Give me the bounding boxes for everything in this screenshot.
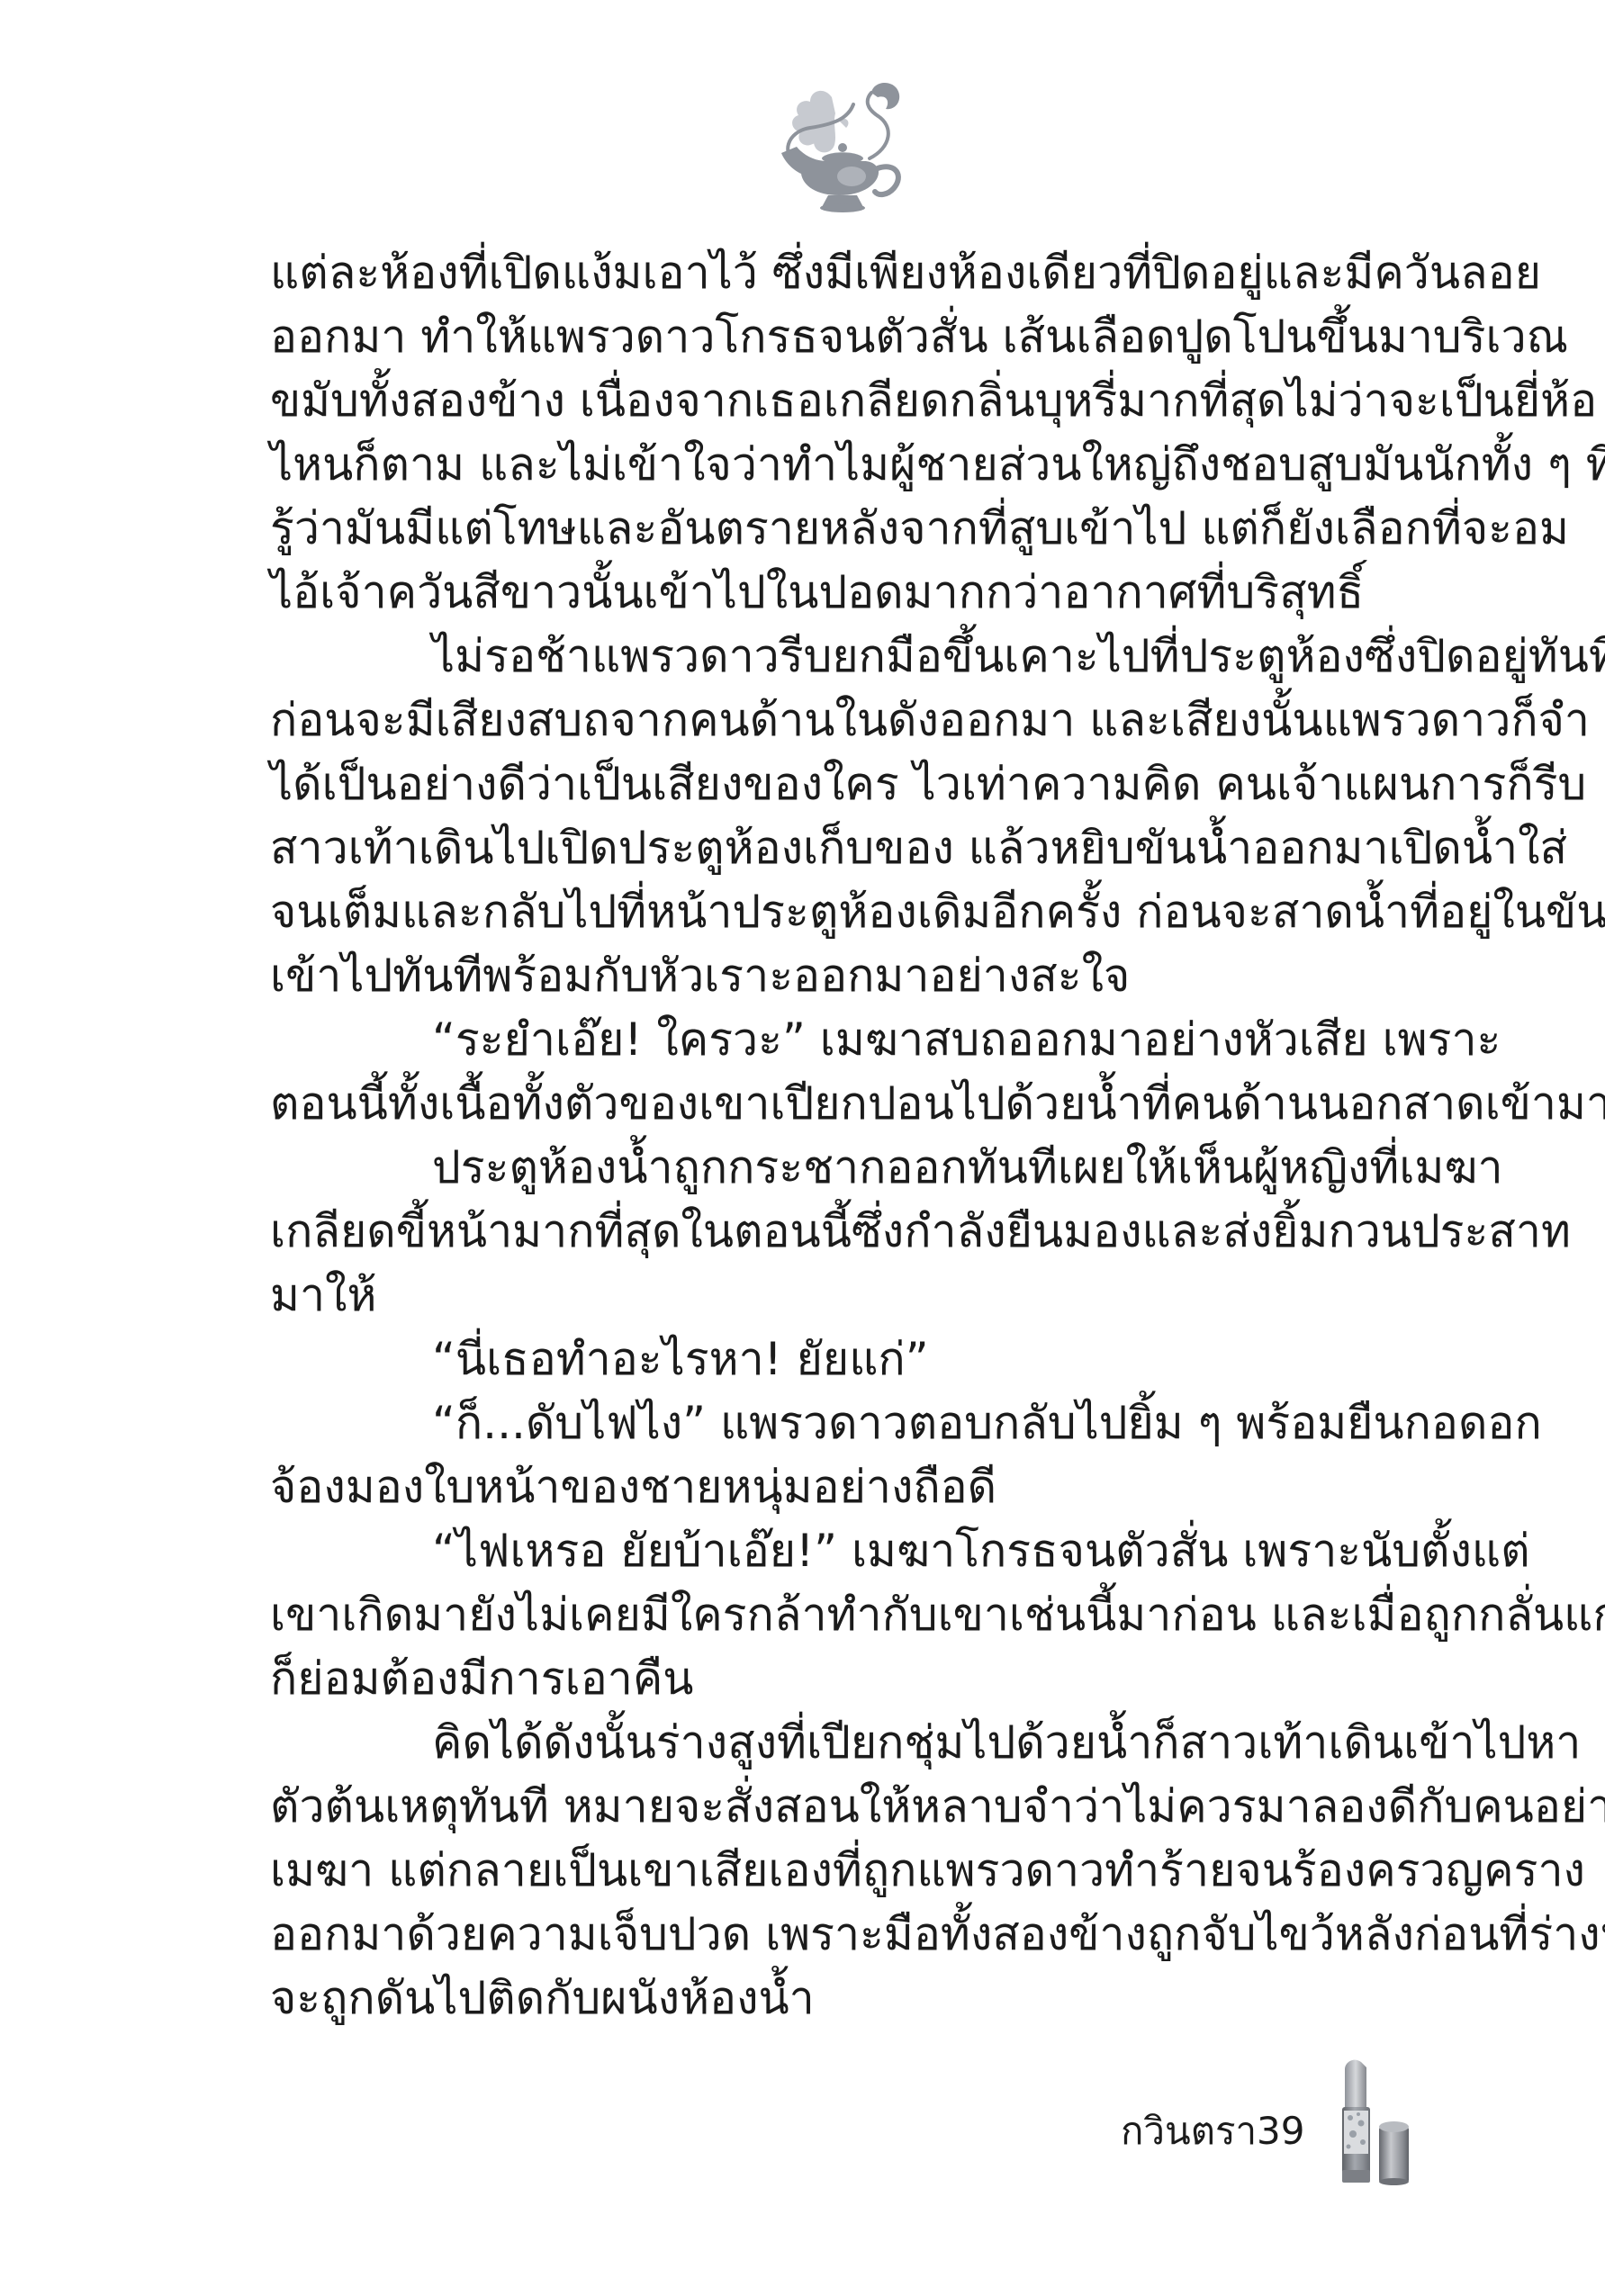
book-page: { "page": { "colors": { "background": "#… [0, 0, 1605, 2296]
text-line: ไม่รอช้าแพรวดาวรีบยกมือขึ้นเคาะไปที่ประต… [270, 625, 1386, 689]
smoke-curl [871, 83, 899, 109]
text-line: เขาเกิดมายังไม่เคยมีใครกล้าทำกับเขาเช่นน… [270, 1583, 1386, 1647]
text-line: “นี่เธอทำอะไรหา! ยัยแก่” [270, 1328, 1386, 1391]
text-line: ออกมาด้วยความเจ็บปวด เพราะมือทั้งสองข้าง… [270, 1903, 1386, 1967]
text-line: ตัวต้นเหตุทันที หมายจะสั่งสอนให้หลาบจำว่… [270, 1775, 1386, 1839]
lamp-knob [838, 143, 847, 152]
lamp-lid-rim [822, 153, 863, 164]
text-line: ออกมา ทำให้แพรวดาวโกรธจนตัวสั่น เส้นเลือ… [270, 305, 1386, 369]
text-line: ก่อนจะมีเสียงสบถจากคนด้านในดังออกมา และเ… [270, 689, 1386, 752]
text-line: จ้องมองใบหน้าของชายหนุ่มอย่างถือดี [270, 1455, 1386, 1519]
text-line: สาวเท้าเดินไปเปิดประตูห้องเก็บของ แล้วหย… [270, 816, 1386, 880]
lipstick-icon [1320, 2055, 1419, 2192]
footer-author-name: กวินตรา [1121, 2106, 1257, 2156]
text-line: รู้ว่ามันมีแต่โทษและอันตรายหลังจากที่สูบ… [270, 497, 1386, 561]
text-line: เกลียดขี้หน้ามากที่สุดในตอนนี้ซึ่งกำลังย… [270, 1200, 1386, 1264]
text-line: ก็ย่อมต้องมีการเอาคืน [270, 1647, 1386, 1711]
text-line: “ระยำเอ๊ย! ใครวะ” เมฆาสบถออกมาอย่างหัวเส… [270, 1008, 1386, 1072]
lamp-base-foot [820, 203, 865, 212]
lamp-highlight [837, 167, 866, 186]
smoke-puff [792, 91, 848, 153]
lipstick-tube-ring [1342, 2170, 1370, 2183]
text-line: แต่ละห้องที่เปิดแง้มเอาไว้ ซึ่งมีเพียงห้… [270, 241, 1386, 305]
text-line: มาให้ [270, 1264, 1386, 1328]
body-text: แต่ละห้องที่เปิดแง้มเอาไว้ ซึ่งมีเพียงห้… [270, 241, 1386, 2030]
text-line: “ก็...ดับไฟไง” แพรวดาวตอบกลับไปยิ้ม ๆ พร… [270, 1391, 1386, 1455]
text-line: ไหนก็ตาม และไม่เข้าใจว่าทำไมผู้ชายส่วนให… [270, 433, 1386, 497]
text-line: จะถูกดันไปติดกับผนังห้องน้ำ [270, 1967, 1386, 2030]
text-line: เข้าไปทันทีพร้อมกับหัวเราะออกมาอย่างสะใจ [270, 944, 1386, 1008]
lipstick-cap-top [1379, 2121, 1409, 2132]
text-line: ตอนนี้ทั้งเนื้อทั้งตัวของเขาเปียกปอนไปด้… [270, 1072, 1386, 1136]
text-line: เมฆา แต่กลายเป็นเขาเสียเองที่ถูกแพรวดาวท… [270, 1839, 1386, 1903]
text-line: “ไฟเหรอ ยัยบ้าเอ๊ย!” เมฆาโกรธจนตัวสั่น เ… [270, 1519, 1386, 1583]
genie-lamp-smoke-icon [763, 79, 918, 225]
text-line: ประตูห้องน้ำถูกกระชากออกทันทีเผยให้เห็นผ… [270, 1136, 1386, 1200]
footer-page-number: 39 [1257, 2106, 1304, 2156]
text-line: ไอ้เจ้าควันสีขาวนั้นเข้าไปในปอดมากกว่าอา… [270, 561, 1386, 625]
lipstick-bullet [1345, 2060, 1366, 2111]
text-line: จนเต็มและกลับไปที่หน้าประตูห้องเดิมอีกคร… [270, 880, 1386, 944]
text-line: ได้เป็นอย่างดีว่าเป็นเสียงของใคร ไวเท่าค… [270, 752, 1386, 816]
lipstick-cap-bottom [1379, 2178, 1409, 2185]
lipstick-cap [1379, 2127, 1409, 2183]
text-line: คิดได้ดังนั้นร่างสูงที่เปียกชุ่มไปด้วยน้… [270, 1711, 1386, 1775]
text-line: ขมับทั้งสองข้าง เนื่องจากเธอเกลียดกลิ่นบ… [270, 369, 1386, 433]
